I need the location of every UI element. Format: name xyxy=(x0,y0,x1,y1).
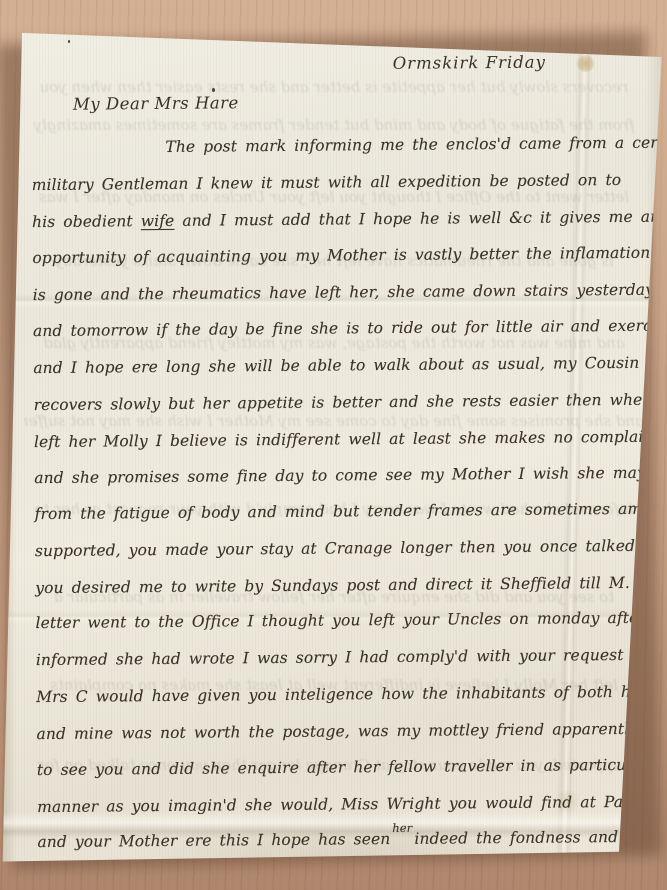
photo-scene: recovers slowly but her appetite is bett… xyxy=(0,0,667,890)
letter-line: from the fatigue of body and mind but te… xyxy=(34,499,667,523)
letter-line: opportunity of acquainting you my Mother… xyxy=(32,244,650,267)
inserted-word-above-line: her xyxy=(392,821,412,835)
letter-paper: recovers slowly but her appetite is bett… xyxy=(0,0,667,890)
letter-line: recovers slowly but her appetite is bett… xyxy=(34,390,667,414)
letter-line: The post mark informing me the enclos'd … xyxy=(165,133,667,156)
letter-line-segment: his obedient xyxy=(32,212,141,231)
handwritten-content: Ormskirk Friday My Dear Mrs Hare The pos… xyxy=(0,0,667,890)
letter-line: Mrs C would have given you inteligence h… xyxy=(36,682,667,706)
salutation: My Dear Mrs Hare xyxy=(73,93,239,113)
letter-line: his obedient wife and I must add that I … xyxy=(32,208,660,231)
letter-line: to see you and did she enquire after her… xyxy=(37,756,666,779)
letter-line: letter went to the Office I thought you … xyxy=(35,608,667,632)
letter-line: and your Mother ere this I hope has seen… xyxy=(37,827,667,851)
letter-line-segment: and your Mother ere this I hope has seen xyxy=(37,830,390,851)
letter-line: manner as you imagin'd she would, Miss W… xyxy=(37,792,667,816)
underlined-word: wife xyxy=(141,212,175,230)
letter-line: military Gentleman I knew it must with a… xyxy=(32,171,622,194)
letter-line: is gone and the rheumatics have left her… xyxy=(33,281,654,304)
letter-line: and I hope ere long she will be able to … xyxy=(33,353,667,377)
dateline: Ormskirk Friday xyxy=(393,53,546,73)
letter-line: supported, you made your stay at Cranage… xyxy=(35,536,667,560)
letter-line: left her Molly I believe is indifferent … xyxy=(34,428,667,452)
letter-line: and she promises some fine day to come s… xyxy=(34,463,667,487)
letter-line: and tomorrow if the day be fine she is t… xyxy=(33,316,667,340)
letter-line: informed she had wrote I was sorry I had… xyxy=(36,645,667,669)
letter-line: and mine was not worth the postage, was … xyxy=(36,719,667,743)
letter-line: you desired me to write by Sundays post … xyxy=(35,574,656,597)
letter-line-segment: and I must add that I hope he is well &c… xyxy=(174,208,660,230)
